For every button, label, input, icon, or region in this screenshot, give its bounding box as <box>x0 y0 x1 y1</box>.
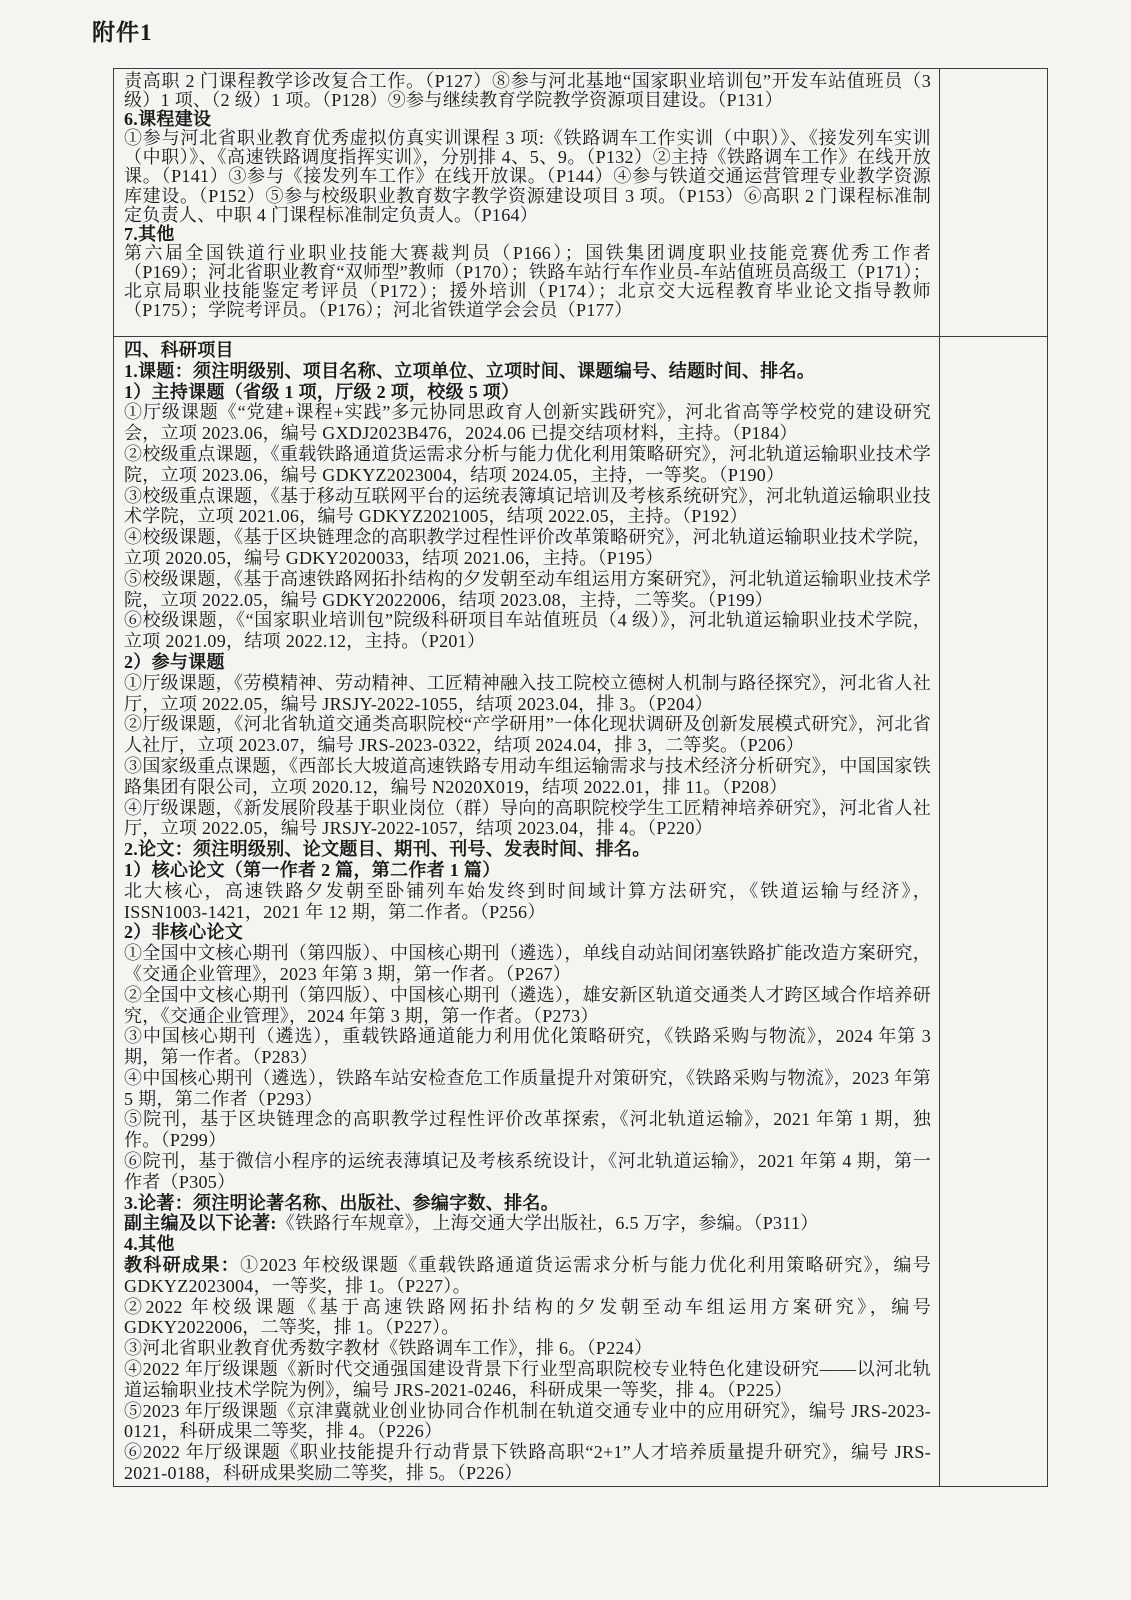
row-research-projects-content-cell: 四、科研项目1.课题：须注明级别、项目名称、立项单位、立项时间、课题编号、结题时… <box>114 337 940 1487</box>
section-heading-1-15: 1）核心论文（第一作者 2 篇，第二作者 1 篇） <box>124 860 931 881</box>
row-teaching-continued-content-cell: 责高职 2 门课程教学诊改复合工作。（P127）⑧参与河北基地“国家职业培训包”… <box>114 69 940 337</box>
paragraph-1-31: ⑤2023 年厅级课题《京津冀就业创业协同合作机制在轨道交通专业中的应用研究》，… <box>124 1401 931 1443</box>
paragraph-1-4: ②校级重点课题，《重载铁路通道货运需求分析与能力优化利用策略研究》，河北轨道运输… <box>124 444 931 486</box>
paragraph-1-11: ②厅级课题，《河北省轨道交通类高职院校“产学研用”一体化现状调研及创新发展模式研… <box>124 714 931 756</box>
row-teaching-continued-note <box>940 69 1047 336</box>
paragraph-1-18: ①全国中文核心期刊（第四版）、中国核心期刊（遴选），单线自动站间闭塞铁路扩能改造… <box>124 943 931 985</box>
paragraph-1-13: ④厅级课题，《新发展阶段基于职业岗位（群）导向的高职院校学生工匠精神培养研究》，… <box>124 798 931 840</box>
paragraph-1-19: ②全国中文核心期刊（第四版）、中国核心期刊（遴选），雄安新区轨道交通类人才跨区域… <box>124 985 931 1027</box>
paragraph-1-27: 教科研成果：①2023 年校级课题《重载铁路通道货运需求分析与能力优化利用策略研… <box>124 1255 931 1297</box>
paragraph-1-7: ⑤校级课题，《基于高速铁路网拓扑结构的夕发朝至动车组运用方案研究》，河北轨道运输… <box>124 569 931 611</box>
paragraph-1-8: ⑥校级课题，《“国家职业培训包”院级科研项目车站值班员（4 级）》，河北轨道运输… <box>124 610 931 652</box>
paragraph-1-28: ②2022 年校级课题《基于高速铁路网拓扑结构的夕发朝至动车组运用方案研究》，编… <box>124 1297 931 1339</box>
row-research-projects-note-cell <box>940 337 1048 1487</box>
paragraph-1-16: 北大核心，高速铁路夕发朝至卧铺列车始发终到时间域计算方法研究，《铁道运输与经济》… <box>124 881 931 923</box>
paragraph-1-25: 副主编及以下论著:《铁路行车规章》，上海交通大学出版社，6.5 万字，参编。（P… <box>124 1213 931 1234</box>
attachment-label: 附件1 <box>92 14 153 47</box>
row-research-projects: 四、科研项目1.课题：须注明级别、项目名称、立项单位、立项时间、课题编号、结题时… <box>114 337 1048 1487</box>
paragraph-1-3: ①厅级课题《“党建+课程+实践”多元协同思政育人创新实践研究》，河北省高等学校党… <box>124 402 931 444</box>
paragraph-0-4: 第六届全国铁道行业职业技能大赛裁判员（P166）；国铁集团调度职业技能竞赛优秀工… <box>124 244 931 320</box>
paragraph-1-6: ④校级课题，《基于区块链理念的高职教学过程性评价改革策略研究》，河北轨道运输职业… <box>124 527 931 569</box>
paragraph-1-23: ⑥院刊，基于微信小程序的运统表薄填记及考核系统设计，《河北轨道运输》，2021 … <box>124 1151 931 1193</box>
section-heading-0-1: 6.课程建设 <box>124 110 931 129</box>
section-heading-0-3: 7.其他 <box>124 225 931 244</box>
section-heading-1-17: 2）非核心论文 <box>124 922 931 943</box>
section-heading-1-0: 四、科研项目 <box>124 340 931 361</box>
row-teaching-continued-content: 责高职 2 门课程教学诊改复合工作。（P127）⑧参与河北基地“国家职业培训包”… <box>114 69 939 336</box>
row-research-projects-note <box>940 337 1047 1486</box>
paragraph-1-30: ④2022 年厅级课题《新时代交通强国建设背景下行业型高职院校专业特色化建设研究… <box>124 1359 931 1401</box>
paragraph-1-20: ③中国核心期刊（遴选），重载铁路通道能力利用优化策略研究，《铁路采购与物流》，2… <box>124 1026 931 1068</box>
paragraph-lead-1-25: 副主编及以下论著: <box>124 1213 277 1233</box>
paragraph-0-2: ①参与河北省职业教育优秀虚拟仿真实训课程 3 项:《铁路调车工作实训（中职）》、… <box>124 129 931 224</box>
paragraph-lead-1-27: 教科研成果： <box>124 1255 240 1275</box>
section-heading-1-9: 2）参与课题 <box>124 652 931 673</box>
paragraph-1-21: ④中国核心期刊（遴选），铁路车站安检查危工作质量提升对策研究，《铁路采购与物流》… <box>124 1068 931 1110</box>
paragraph-1-29: ③河北省职业教育优秀数字教材《铁路调车工作》，排 6。（P224） <box>124 1338 931 1359</box>
row-teaching-continued-note-cell <box>940 69 1048 337</box>
paragraph-1-5: ③校级重点课题，《基于移动互联网平台的运统表簿填记培训及考核系统研究》，河北轨道… <box>124 486 931 528</box>
row-teaching-continued: 责高职 2 门课程教学诊改复合工作。（P127）⑧参与河北基地“国家职业培训包”… <box>114 69 1048 337</box>
paragraph-1-32: ⑥2022 年厅级课题《职业技能提升行动背景下铁路高职“2+1”人才培养质量提升… <box>124 1442 931 1484</box>
section-heading-1-24: 3.论著：须注明论著名称、出版社、参编字数、排名。 <box>124 1193 931 1214</box>
section-heading-1-2: 1）主持课题（省级 1 项，厅级 2 项，校级 5 项） <box>124 382 931 403</box>
paragraph-1-22: ⑤院刊，基于区块链理念的高职教学过程性评价改革探索，《河北轨道运输》，2021 … <box>124 1109 931 1151</box>
section-heading-1-26: 4.其他 <box>124 1234 931 1255</box>
achievements-table: 责高职 2 门课程教学诊改复合工作。（P127）⑧参与河北基地“国家职业培训包”… <box>113 68 1048 1487</box>
paragraph-1-12: ③国家级重点课题，《西部长大坡道高速铁路专用动车组运输需求与技术经济分析研究》，… <box>124 756 931 798</box>
paragraph-1-10: ①厅级课题，《劳模精神、劳动精神、工匠精神融入技工院校立德树人机制与路径探究》，… <box>124 673 931 715</box>
section-heading-1-14: 2.论文：须注明级别、论文题目、期刊、刊号、发表时间、排名。 <box>124 839 931 860</box>
row-research-projects-content: 四、科研项目1.课题：须注明级别、项目名称、立项单位、立项时间、课题编号、结题时… <box>114 337 939 1486</box>
section-heading-1-1: 1.课题：须注明级别、项目名称、立项单位、立项时间、课题编号、结题时间、排名。 <box>124 361 931 382</box>
paragraph-0-0: 责高职 2 门课程教学诊改复合工作。（P127）⑧参与河北基地“国家职业培训包”… <box>124 72 931 110</box>
